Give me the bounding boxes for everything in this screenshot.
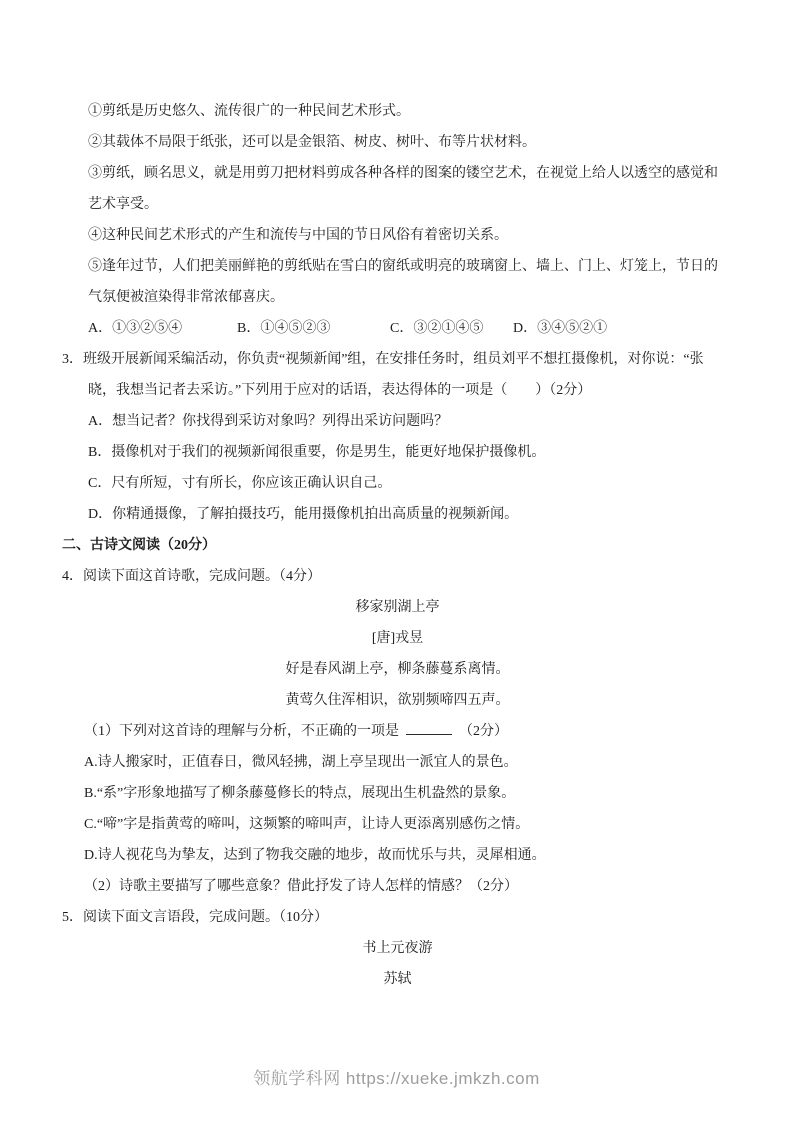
answer-blank	[406, 720, 452, 735]
passage-title: 书上元夜游	[62, 933, 733, 964]
q2-option-c: C．③②①④⑤	[390, 313, 513, 344]
q2-item-1: ①剪纸是历史悠久、流传很广的一种民间艺术形式。	[62, 96, 793, 127]
q2-item-3: ③剪纸，顾名思义，就是用剪刀把材料剪成各种各样的图案的镂空艺术，在视觉上给人以透…	[62, 158, 793, 189]
q3-option-d: D．你精通摄像，了解拍摄技巧，能用摄像机拍出高质量的视频新闻。	[62, 499, 793, 530]
q3-stem-line-1: 3．班级开展新闻采编活动，你负责“视频新闻”组，在安排任务时，组员刘平不想扛摄像…	[62, 344, 793, 375]
poem-line-2: 黄莺久住浑相识，欲别频啼四五声。	[62, 685, 733, 716]
q2-option-b: B．①④⑤②③	[237, 313, 390, 344]
q2-item-4: ④这种民间艺术形式的产生和流传与中国的节日风俗有着密切关系。	[62, 220, 793, 251]
exam-page-content: ①剪纸是历史悠久、流传很广的一种民间艺术形式。 ②其载体不局限于纸张，还可以是金…	[0, 0, 793, 995]
q3-option-b: B．摄像机对于我们的视频新闻很重要，你是男生，能更好地保护摄像机。	[62, 437, 793, 468]
q2-option-a: A．①③②⑤④	[88, 313, 237, 344]
q3-option-c: C．尺有所短，寸有所长，你应该正确认识自己。	[62, 468, 793, 499]
q2-item-2: ②其载体不局限于纸张，还可以是金银箔、树皮、树叶、布等片状材料。	[62, 127, 793, 158]
watermark-footer: 领航学科网 https://xueke.jmkzh.com	[0, 1064, 793, 1089]
q3-option-a: A．想当记者？你找得到采访对象吗？列得出采访问题吗？	[62, 406, 793, 437]
section-2-title: 二、古诗文阅读（20分）	[62, 530, 793, 561]
q4-sub1-stem-text: （1）下列对这首诗的理解与分析，不正确的一项是	[84, 724, 399, 739]
poem-line-1: 好是春风湖上亭，柳条藤蔓系离情。	[62, 654, 733, 685]
q4-stem: 4．阅读下面这首诗歌，完成问题。（4分）	[62, 561, 793, 592]
poem-author: [唐]戎昱	[62, 623, 733, 654]
q4-sub1-option-c: C.“啼”字是指黄莺的啼叫，这频繁的啼叫声，让诗人更添离别感伤之情。	[62, 809, 793, 840]
q2-item-5: ⑤逢年过节，人们把美丽鲜艳的剪纸贴在雪白的窗纸或明亮的玻璃窗上、墙上、门上、灯笼…	[62, 251, 793, 282]
q4-sub1-score: （2分）	[459, 724, 508, 739]
passage-author: 苏轼	[62, 964, 733, 995]
poem-title: 移家别湖上亭	[62, 592, 733, 623]
q4-sub1-stem: （1）下列对这首诗的理解与分析，不正确的一项是（2分）	[62, 716, 793, 747]
q2-options-row: A．①③②⑤④B．①④⑤②③C．③②①④⑤D．③④⑤②①	[62, 313, 793, 344]
q5-stem: 5．阅读下面文言语段，完成问题。（10分）	[62, 902, 793, 933]
q2-item-3-continuation: 艺术享受。	[62, 189, 793, 220]
q4-sub1-option-b: B.“系”字形象地描写了柳条藤蔓修长的特点，展现出生机盎然的景象。	[62, 778, 793, 809]
q2-item-5-continuation: 气氛便被渲染得非常浓郁喜庆。	[62, 282, 793, 313]
q4-sub1-option-d: D.诗人视花鸟为挚友，达到了物我交融的地步，故而忧乐与共，灵犀相通。	[62, 840, 793, 871]
q3-stem-line-2: 晓，我想当记者去采访。”下列用于应对的话语，表达得体的一项是（ ）（2分）	[62, 375, 793, 406]
q2-option-d: D．③④⑤②①	[513, 321, 607, 336]
q4-sub2-stem: （2）诗歌主要描写了哪些意象？借此抒发了诗人怎样的情感？（2分）	[62, 871, 793, 902]
q4-sub1-option-a: A.诗人搬家时，正值春日，微风轻拂，湖上亭呈现出一派宜人的景色。	[62, 747, 793, 778]
